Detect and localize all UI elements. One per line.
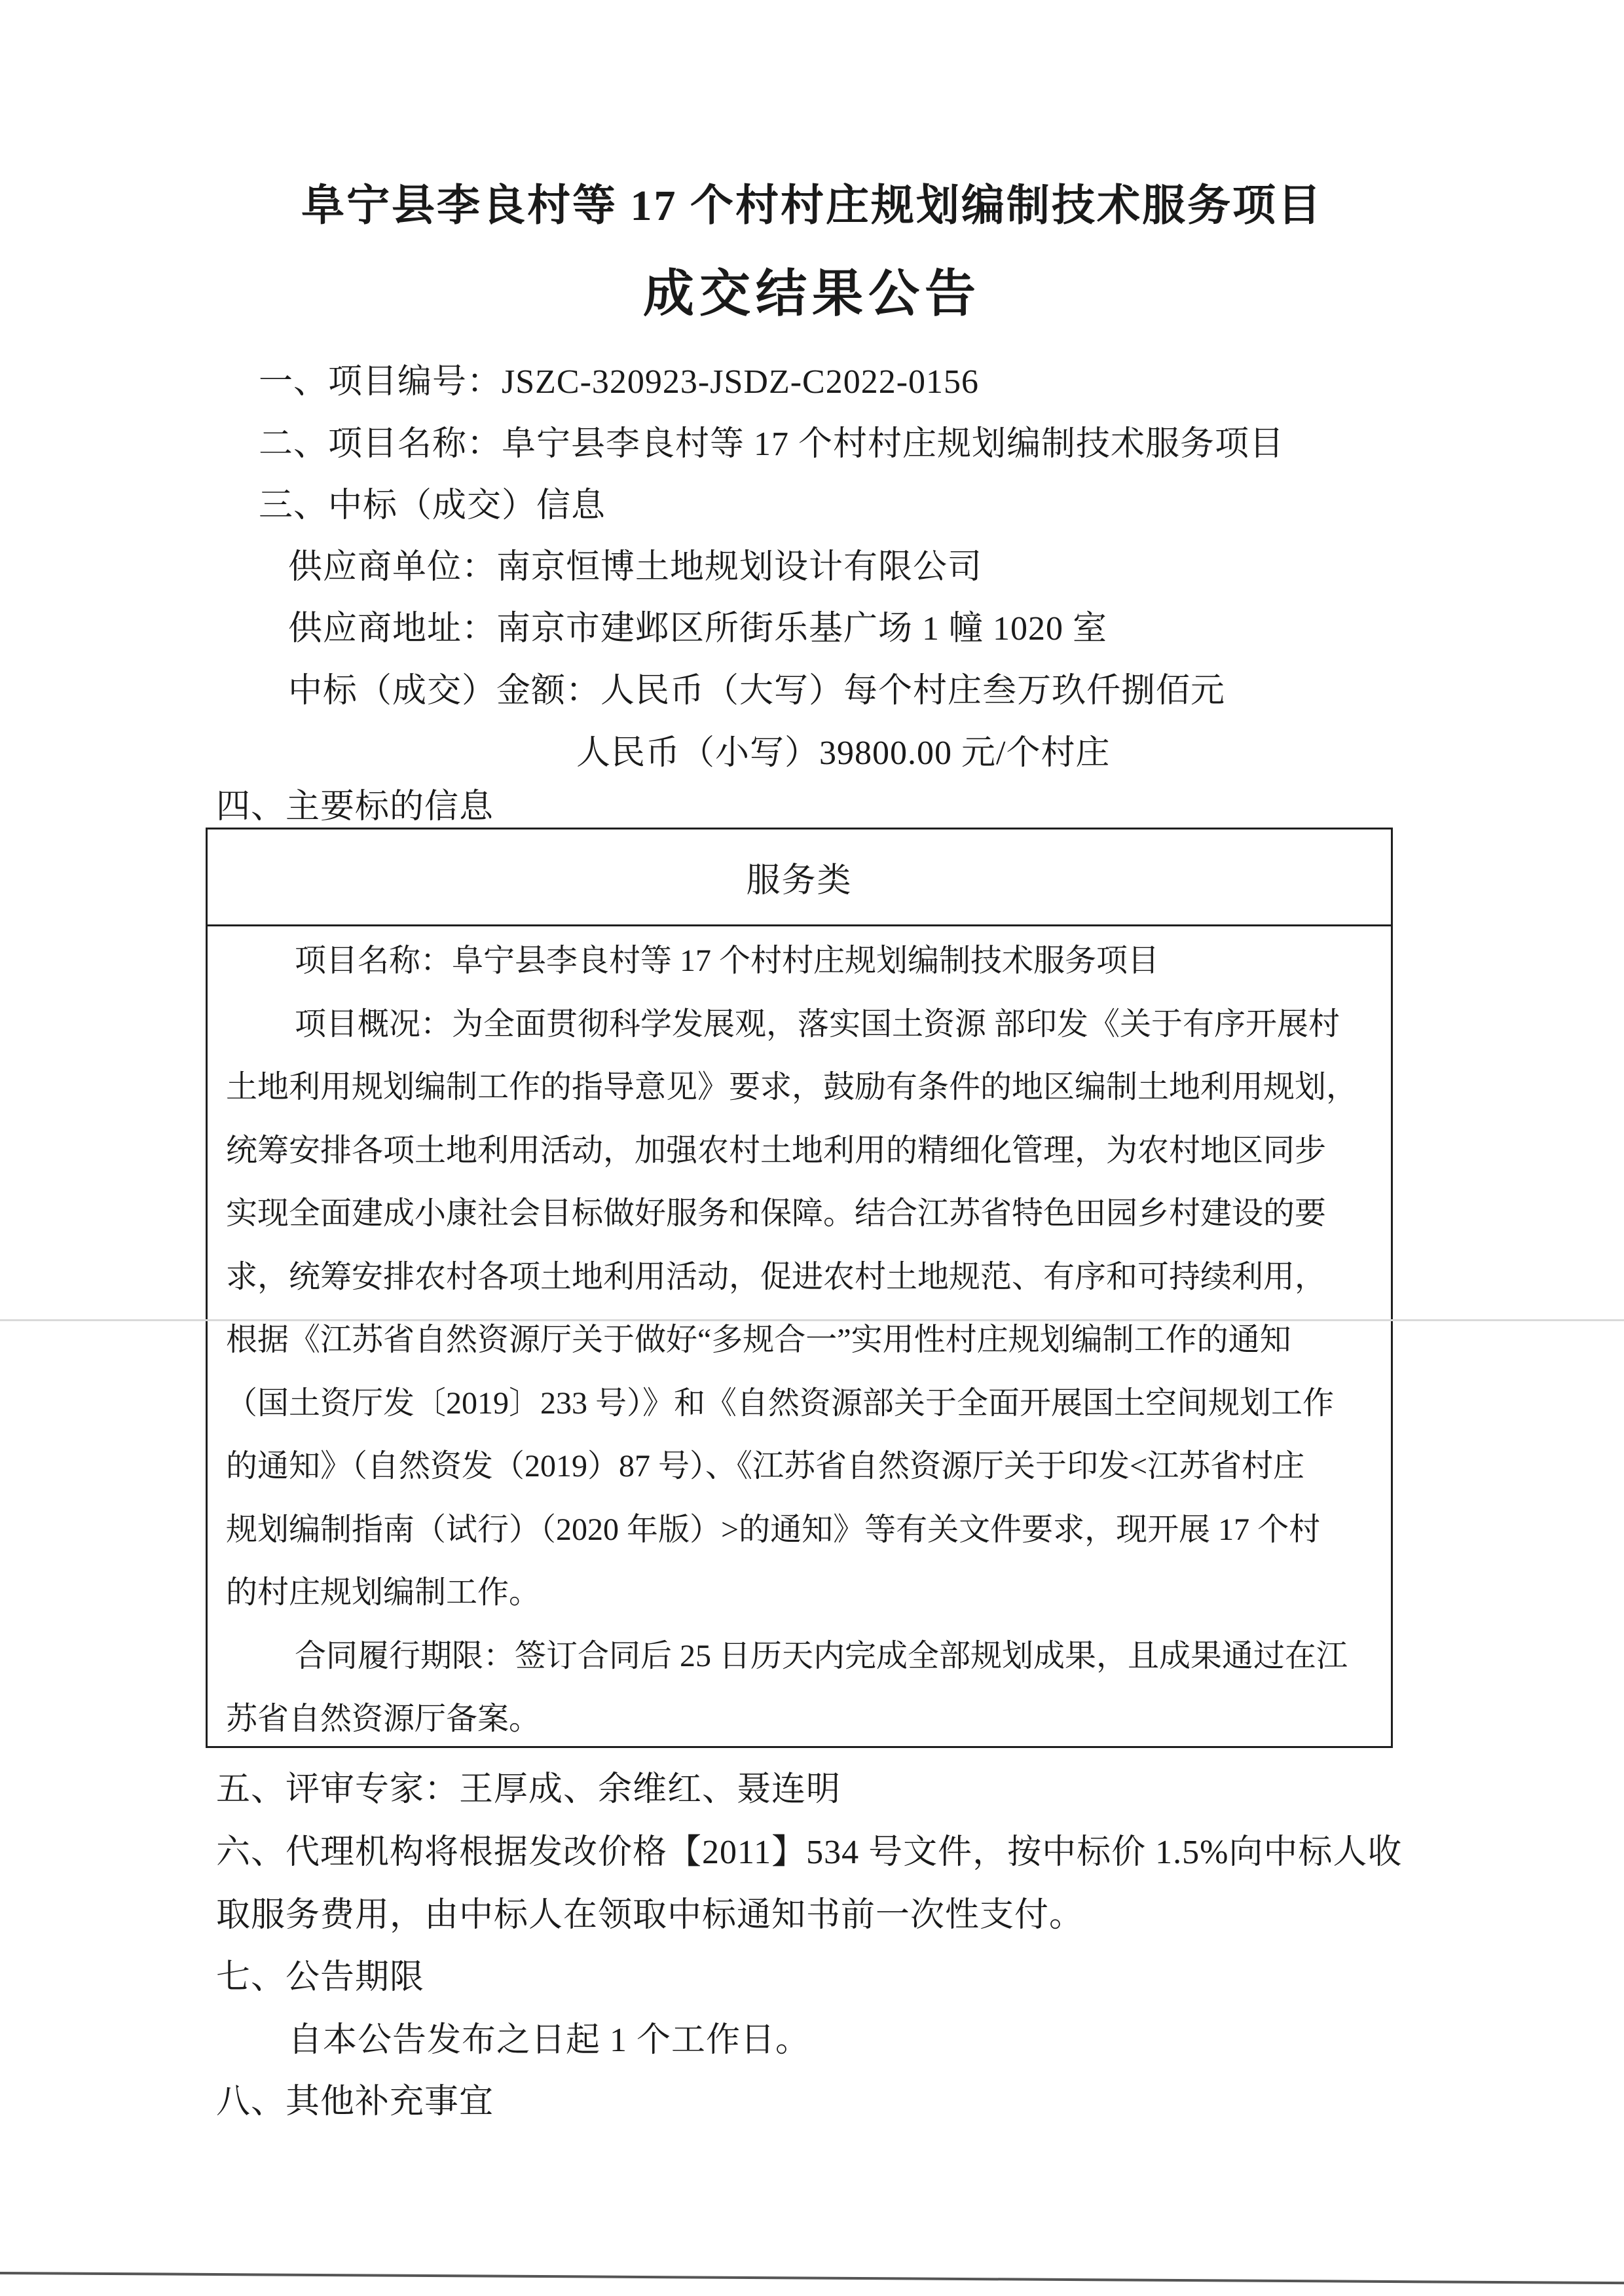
document-page: 阜宁县李良村等 17 个村村庄规划编制技术服务项目 成交结果公告 一、项目编号：… bbox=[0, 0, 1624, 2296]
line-announcement-period-value: 自本公告发布之日起 1 个工作日。 bbox=[288, 2023, 810, 2059]
line-award-info-heading: 三、中标（成交）信息 bbox=[259, 488, 606, 524]
line-award-amount-figures: 人民币（小写）39800.00 元/个村庄 bbox=[576, 736, 1110, 772]
line-project-name: 二、项目名称：阜宁县李良村等 17 个村村庄规划编制技术服务项目 bbox=[259, 427, 1284, 463]
table-line-overview-6: 根据《江苏省自然资源厅关于做好“多规合一”实用性村庄规划编制工作的通知 bbox=[226, 1324, 1291, 1357]
table-line-overview-9: 规划编制指南（试行）（2020 年版）>的通知》等有关文件要求，现开展 17 个… bbox=[226, 1514, 1320, 1546]
line-other-matters-heading: 八、其他补充事宜 bbox=[216, 2085, 494, 2121]
doc-title-line1: 阜宁县李良村等 17 个村村庄规划编制技术服务项目 bbox=[0, 183, 1624, 228]
line-supplier-address: 供应商地址：南京市建邺区所街乐基广场 1 幢 1020 室 bbox=[288, 611, 1107, 647]
table-line-overview-8: 的通知》（自然资发（2019）87 号）、《江苏省自然资源厅关于印发<江苏省村庄 bbox=[226, 1450, 1304, 1483]
table-line-overview-5: 求，统筹安排农村各项土地利用活动，促进农村土地规范、有序和可持续利用， bbox=[226, 1261, 1326, 1294]
table-line-overview-2: 土地利用规划编制工作的指导意见》要求，鼓励有条件的地区编制土地利用规划， bbox=[226, 1071, 1357, 1104]
table-header-service-category: 服务类 bbox=[208, 829, 1391, 926]
line-agency-fee-2: 取服务费用，由中标人在领取中标通知书前一次性支付。 bbox=[216, 1898, 1084, 1934]
line-award-amount-words: 中标（成交）金额：人民币（大写）每个村庄叁万玖仟捌佰元 bbox=[288, 674, 1225, 710]
line-supplier-name: 供应商单位：南京恒博土地规划设计有限公司 bbox=[288, 550, 982, 586]
line-review-experts: 五、评审专家：王厚成、余维红、聂连明 bbox=[216, 1772, 841, 1808]
doc-title-line2: 成交结果公告 bbox=[0, 267, 1624, 321]
table-line-overview-3: 统筹安排各项土地利用活动，加强农村土地利用的精细化管理，为农村地区同步 bbox=[226, 1135, 1326, 1167]
table-line-project-name: 项目名称：阜宁县李良村等 17 个村村庄规划编制技术服务项目 bbox=[295, 945, 1159, 977]
line-announcement-period-heading: 七、公告期限 bbox=[216, 1960, 424, 1996]
table-line-overview-4: 实现全面建成小康社会目标做好服务和保障。结合江苏省特色田园乡村建设的要 bbox=[226, 1197, 1326, 1230]
table-line-overview-1: 项目概况：为全面贯彻科学发展观，落实国土资源 部印发《关于有序开展村 bbox=[295, 1008, 1340, 1041]
table-line-overview-7: （国土资厅发〔2019〕233 号）》和《自然资源部关于全面开展国土空间规划工作 bbox=[226, 1387, 1334, 1420]
line-project-number: 一、项目编号：JSZC-320923-JSDZ-C2022-0156 bbox=[259, 365, 979, 401]
line-agency-fee-1: 六、代理机构将根据发改价格【2011】534 号文件，按中标价 1.5%向中标人… bbox=[216, 1835, 1402, 1871]
table-line-contract-term-2: 苏省自然资源厅备案。 bbox=[226, 1703, 540, 1736]
table-line-contract-term-1: 合同履行期限：签订合同后 25 日历天内完成全部规划成果，且成果通过在江 bbox=[295, 1640, 1348, 1673]
line-subject-info-heading: 四、主要标的信息 bbox=[216, 790, 494, 826]
scan-artifact-bottom-line bbox=[0, 2272, 1624, 2284]
table-line-overview-10: 的村庄规划编制工作。 bbox=[226, 1576, 540, 1609]
